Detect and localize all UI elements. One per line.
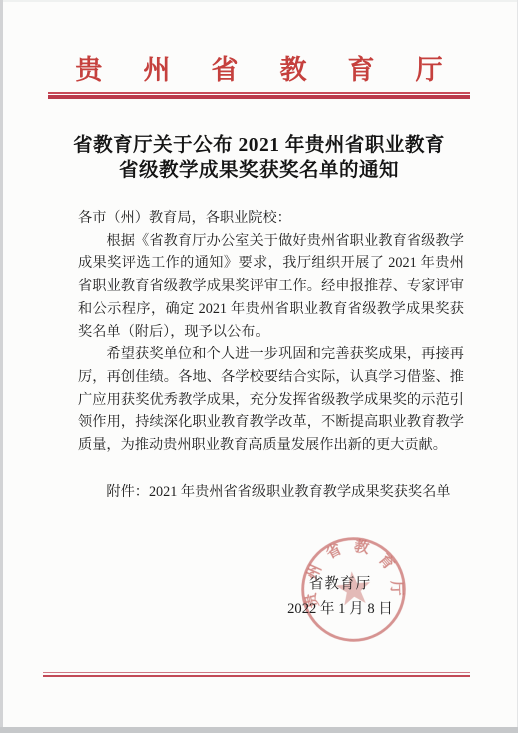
notice-title: 省教育厅关于公布 2021 年贵州省职业教育 省级教学成果奖获奖名单的通知	[30, 133, 488, 183]
red-separator-top-thick-line	[48, 95, 470, 99]
red-separator-bottom-thick-line	[43, 675, 470, 678]
body-paragraph: 根据《省教育厅办公室关于做好贵州省职业教育省级教学成果奖评选工作的通知》要求，我…	[78, 230, 464, 344]
salutation: 各市（州）教育局，各职业院校：	[78, 207, 464, 230]
scan-edge-bottom	[0, 727, 518, 733]
signature-date: 2022 年 1 月 8 日	[255, 597, 425, 622]
signature-agency: 省教育厅	[255, 572, 425, 597]
scan-edge-top	[0, 0, 518, 2]
notice-body: 各市（州）教育局，各职业院校： 根据《省教育厅办公室关于做好贵州省职业教育省级教…	[78, 207, 464, 457]
red-separator-top	[48, 92, 470, 99]
letterhead-agency-title: 贵州省教育厅	[0, 48, 518, 87]
signature-block: 省教育厅 2022 年 1 月 8 日	[255, 572, 425, 621]
scan-edge-left	[0, 0, 3, 733]
attachment-line: 附件：2021 年贵州省省级职业教育教学成果奖获奖名单	[78, 481, 478, 504]
notice-title-line1: 省教育厅关于公布 2021 年贵州省职业教育	[30, 133, 488, 158]
notice-title-line2: 省级教学成果奖获奖名单的通知	[30, 158, 488, 183]
body-paragraph: 希望获奖单位和个人进一步巩固和完善获奖成果，再接再厉，再创佳绩。各地、各学校要结…	[78, 343, 464, 457]
document-page: 贵州省教育厅 省教育厅关于公布 2021 年贵州省职业教育 省级教学成果奖获奖名…	[0, 0, 518, 733]
red-separator-bottom	[43, 672, 470, 677]
